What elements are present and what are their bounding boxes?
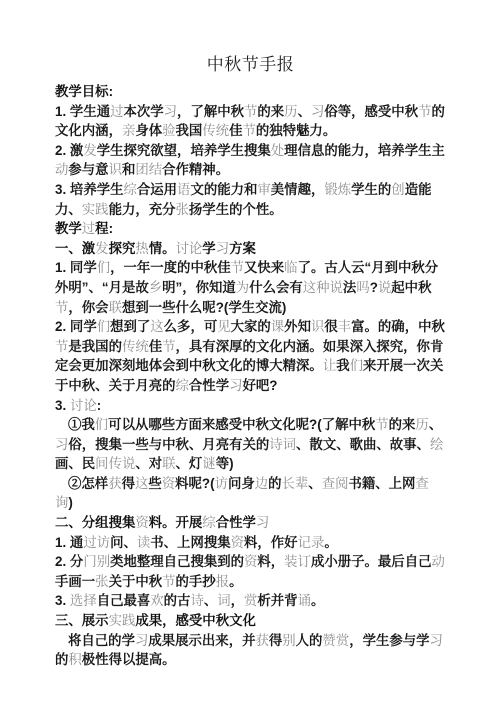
paragraph: 2. 同学们想到了这么多，可见大家的课外知识很丰富。的确，中秋节是我国的传统佳节… [55, 317, 446, 395]
paragraph: 1. 通过访问、读书、上网搜集资料，作好记录。 [55, 533, 446, 553]
paragraph: ①我们可以从哪些方面来感受中秋文化呢?(了解中秋节的来历、习俗，搜集一些与中秋、… [55, 415, 446, 474]
section-heading: 教学过程: [55, 219, 446, 239]
paragraph: ②怎样获得这些资料呢?(访问身边的长辈、查阅书籍、上网查询) [55, 474, 446, 513]
paragraph: 3. 讨论: [55, 396, 446, 416]
section-heading: 三、展示实践成果，感受中秋文化 [55, 611, 446, 631]
document-page: 中秋节手报 教学目标:1. 学生通过本次学习，了解中秋节的来历、习俗等，感受中秋… [0, 0, 500, 707]
paragraph: 2. 分门别类地整理自己搜集到的资料，装订成小册子。最后自己动手画一张关于中秋节… [55, 552, 446, 591]
section-heading: 一、激发探究热情。讨论学习方案 [55, 239, 446, 259]
paragraph: 3. 培养学生综合运用语文的能力和审美情趣，锻炼学生的创造能力、实践能力，充分张… [55, 180, 446, 219]
paragraph: 1. 学生通过本次学习，了解中秋节的来历、习俗等，感受中秋节的文化内涵，亲身体验… [55, 102, 446, 141]
section-heading: 二、分组搜集资料。开展综合性学习 [55, 513, 446, 533]
section-heading: 教学目标: [55, 82, 446, 102]
paragraph: 1. 同学们，一年一度的中秋佳节又快来临了。古人云“月到中秋分外明”、“月是故乡… [55, 258, 446, 317]
document-body: 教学目标:1. 学生通过本次学习，了解中秋节的来历、习俗等，感受中秋节的文化内涵… [55, 82, 446, 670]
document-title: 中秋节手报 [55, 54, 446, 76]
paragraph: 将自己的学习成果展示出来，并获得别人的赞赏，学生参与学习的积极性得以提高。 [55, 631, 446, 670]
paragraph: 3. 选择自己最喜欢的古诗、词，赏析并背诵。 [55, 591, 446, 611]
paragraph: 2. 激发学生探究欲望，培养学生搜集处理信息的能力，培养学生主动参与意识和团结合… [55, 141, 446, 180]
